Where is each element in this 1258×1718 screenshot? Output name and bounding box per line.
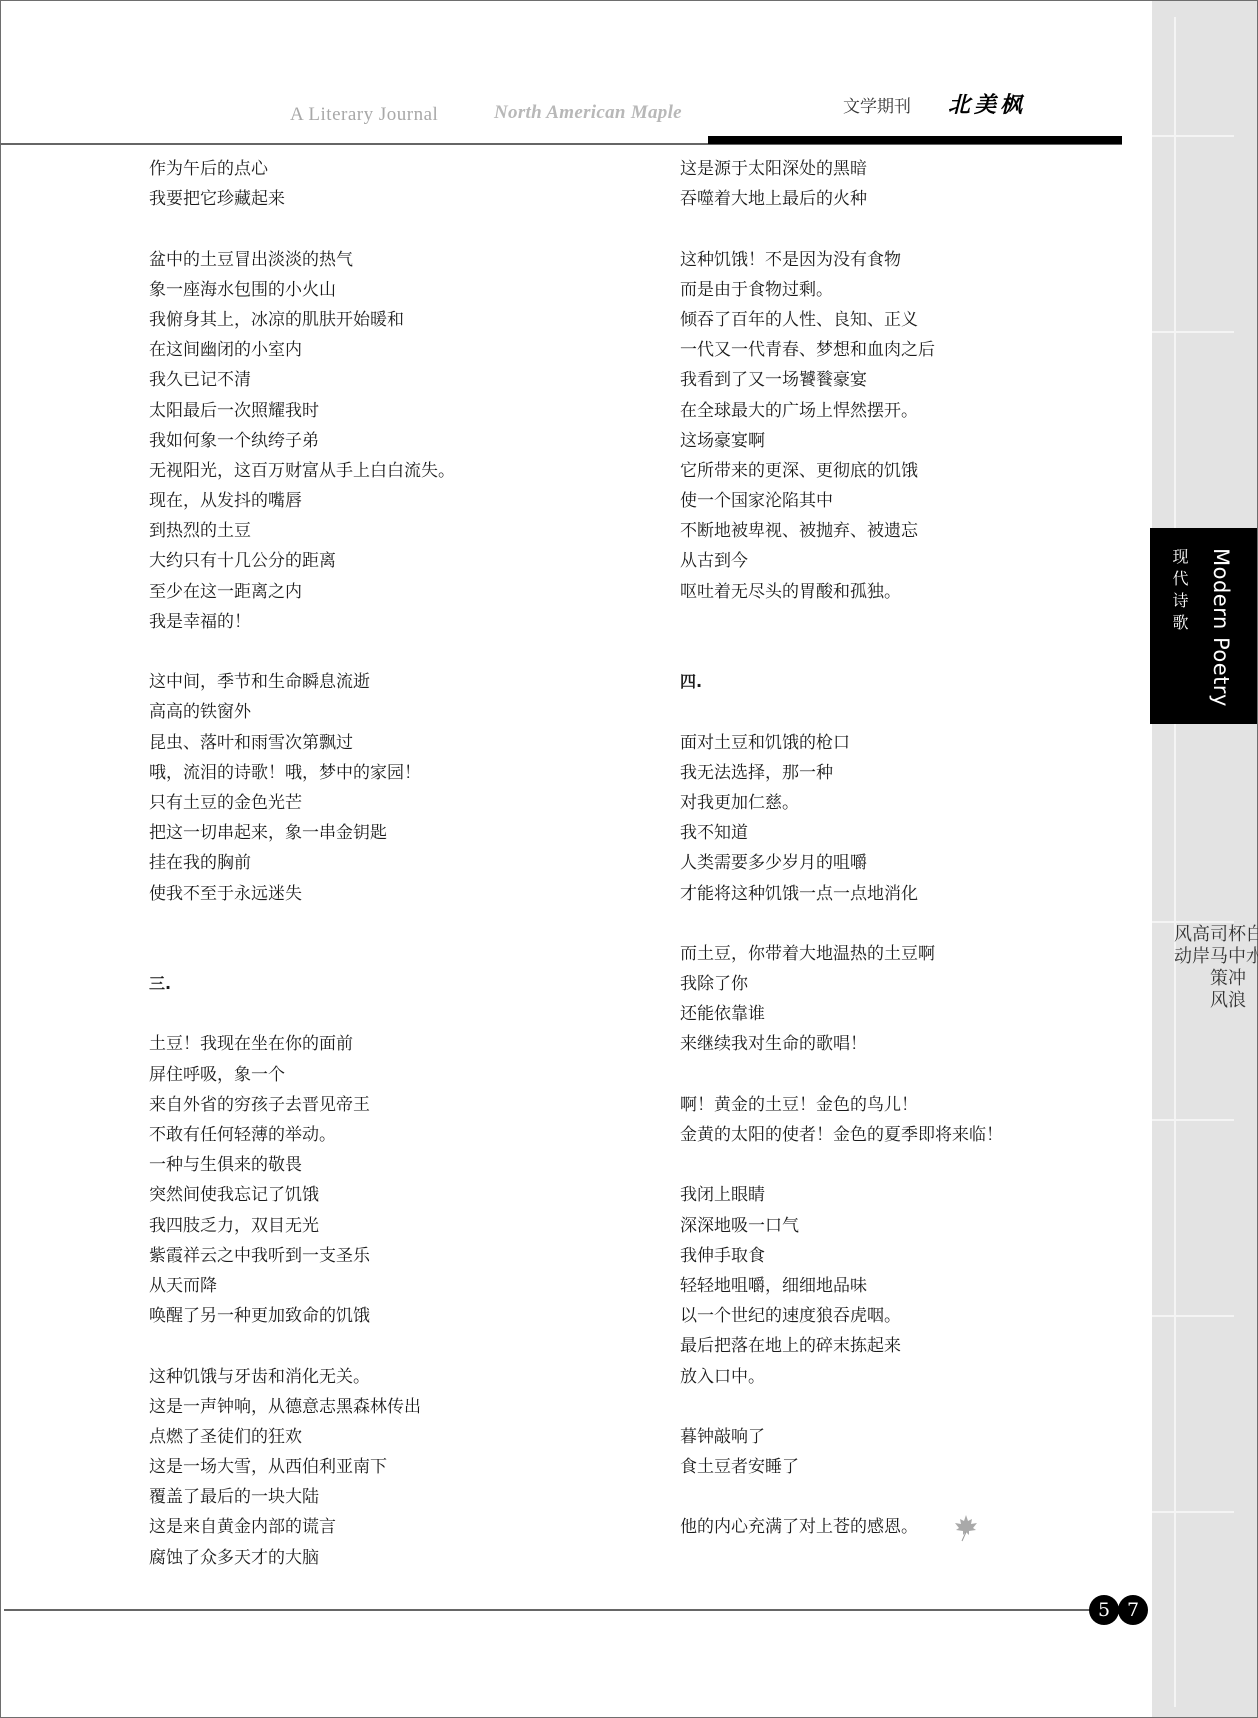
poem-line: 面对土豆和饥饿的枪口	[680, 728, 1150, 758]
editor-name: 白水	[1244, 924, 1258, 1034]
poem-line-text: 不敢有任何轻薄的举动。	[149, 1125, 336, 1145]
poem-line: 我要把它珍藏起来	[149, 184, 619, 214]
poem-line-text: 哦，流泪的诗歌！哦，梦中的家园！	[149, 763, 421, 783]
poem-line: 大约只有十几公分的距离	[149, 546, 619, 576]
poem-line-text: 唤醒了另一种更加致命的饥饿	[149, 1306, 370, 1326]
poem-line-text: 突然间使我忘记了饥饿	[149, 1185, 319, 1205]
poem-line: 放入口中。	[680, 1362, 1150, 1392]
poem-line-text: 挂在我的胸前	[149, 853, 251, 873]
poem-line-text: 放入口中。	[680, 1367, 765, 1387]
sidebar-decor-line	[1152, 331, 1234, 333]
poem-line-text: 我无法选择，那一种	[680, 763, 833, 783]
sidebar-decor-line	[1152, 1315, 1234, 1317]
poem-line: 人类需要多少岁月的咀嚼	[680, 848, 1150, 878]
poem-line-text: 高高的铁窗外	[149, 702, 251, 722]
journal-chinese-label: 文学期刊	[843, 92, 911, 117]
poem-line-text: 这是一声钟响，从德意志黑森林传出	[149, 1397, 421, 1417]
poem-line: 现在，从发抖的嘴唇	[149, 486, 619, 516]
poem-line: 屏住呼吸，象一个	[149, 1060, 619, 1090]
poem-line: 我久已记不清	[149, 365, 619, 395]
poem-line: 挂在我的胸前	[149, 848, 619, 878]
poem-line: 我俯身其上，冰凉的肌肤开始暖和	[149, 305, 619, 335]
sidebar-decor-line	[1152, 921, 1234, 923]
stanza-break	[680, 909, 1150, 939]
poem-line-text: 我看到了又一场饕餮豪宴	[680, 370, 867, 390]
poem-line: 这种饥饿！不是因为没有食物	[680, 245, 1150, 275]
poem-line-text: 啊！黄金的土豆！金色的鸟儿！	[680, 1095, 918, 1115]
poem-line-text: 不断地被卑视、被抛弃、被遗忘	[680, 521, 918, 541]
poem-line: 这中间，季节和生命瞬息流逝	[149, 667, 619, 697]
editor-name: 风动	[1172, 924, 1190, 1034]
stanza-break	[149, 214, 619, 244]
poem-line-text: 太阳最后一次照耀我时	[149, 401, 319, 421]
poem-line: 至少在这一距离之内	[149, 577, 619, 607]
section-heading: 四.	[680, 667, 1150, 697]
stanza-break	[149, 1331, 619, 1361]
poem-line-text: 象一座海水包围的小火山	[149, 280, 336, 300]
poem-line: 这是一声钟响，从德意志黑森林传出	[149, 1392, 619, 1422]
poem-line: 还能依靠谁	[680, 999, 1150, 1029]
poem-line: 哦，流泪的诗歌！哦，梦中的家园！	[149, 758, 619, 788]
stanza-break	[680, 1150, 1150, 1180]
section-tab-english: Modern Poetry	[1209, 548, 1233, 707]
poem-line: 无视阳光，这百万财富从手上白白流失。	[149, 456, 619, 486]
poem-line: 使我不至于永远迷失	[149, 879, 619, 909]
stanza-break	[680, 1060, 1150, 1090]
poem-line: 唤醒了另一种更加致命的饥饿	[149, 1301, 619, 1331]
header-accent-bar	[708, 136, 1122, 144]
maple-leaf-icon	[951, 1513, 981, 1543]
poem-line: 土豆！我现在坐在你的面前	[149, 1029, 619, 1059]
stanza-break	[680, 1482, 1150, 1512]
poem-line: 覆盖了最后的一块大陆	[149, 1482, 619, 1512]
poem-line-text: 我闭上眼睛	[680, 1185, 765, 1205]
poem-line: 才能将这种饥饿一点一点地消化	[680, 879, 1150, 909]
poem-line-text: 四.	[680, 672, 702, 691]
poem-line-text: 呕吐着无尽头的胃酸和孤独。	[680, 582, 901, 602]
poem-line-text: 来自外省的穷孩子去晋见帝王	[149, 1095, 370, 1115]
poem-line: 来自外省的穷孩子去晋见帝王	[149, 1090, 619, 1120]
stanza-break	[149, 637, 619, 667]
poem-line-text: 它所带来的更深、更彻底的饥饿	[680, 461, 918, 481]
poem-line: 而土豆，你带着大地温热的土豆啊	[680, 939, 1150, 969]
poem-line-text: 我伸手取食	[680, 1246, 765, 1266]
sidebar-decor-line	[1174, 17, 1176, 1707]
poem-line-text: 我是幸福的！	[149, 612, 251, 632]
poem-line: 点燃了圣徒们的狂欢	[149, 1422, 619, 1452]
poem-line-text: 大约只有十几公分的距离	[149, 551, 336, 571]
poem-line-text: 而土豆，你带着大地温热的土豆啊	[680, 944, 935, 964]
poem-line: 吞噬着大地上最后的火种	[680, 184, 1150, 214]
poem-line-text: 这场豪宴啊	[680, 431, 765, 451]
poem-line-text: 以一个世纪的速度狼吞虎咽。	[680, 1306, 901, 1326]
poem-line-text: 在全球最大的广场上悍然摆开。	[680, 401, 918, 421]
poem-line: 啊！黄金的土豆！金色的鸟儿！	[680, 1090, 1150, 1120]
poem-line-text: 土豆！我现在坐在你的面前	[149, 1034, 353, 1054]
poem-line: 作为午后的点心	[149, 154, 619, 184]
editor-name: 杯中冲浪	[1226, 924, 1244, 1034]
poem-line-text: 这种饥饿！不是因为没有食物	[680, 250, 901, 270]
sidebar-decor-line	[1152, 1119, 1234, 1121]
poem-line-text: 面对土豆和饥饿的枪口	[680, 733, 850, 753]
poem-line-text: 我久已记不清	[149, 370, 251, 390]
stanza-break	[149, 939, 619, 969]
poem-line: 轻轻地咀嚼，细细地品味	[680, 1271, 1150, 1301]
section-heading: 三.	[149, 969, 619, 999]
poem-line-text: 覆盖了最后的一块大陆	[149, 1487, 319, 1507]
poem-line-text: 他的内心充满了对上苍的感恩。	[680, 1517, 918, 1537]
poem-line: 我无法选择，那一种	[680, 758, 1150, 788]
page-number-digit: 5	[1089, 1595, 1119, 1625]
poem-line-text: 这种饥饿与牙齿和消化无关。	[149, 1367, 370, 1387]
poem-line: 紫霞祥云之中我听到一支圣乐	[149, 1241, 619, 1271]
poem-line: 从古到今	[680, 546, 1150, 576]
stanza-break	[680, 697, 1150, 727]
poem-line: 暮钟敲响了	[680, 1422, 1150, 1452]
sidebar	[1152, 1, 1257, 1717]
stanza-break	[680, 1392, 1150, 1422]
poem-line-text: 这是源于太阳深处的黑暗	[680, 159, 867, 179]
poem-line: 到热烈的土豆	[149, 516, 619, 546]
poem-line-text: 现在，从发抖的嘴唇	[149, 491, 302, 511]
poem-line-text: 无视阳光，这百万财富从手上白白流失。	[149, 461, 455, 481]
poem-line: 我不知道	[680, 818, 1150, 848]
poem-line-text: 才能将这种饥饿一点一点地消化	[680, 884, 918, 904]
poem-line: 以一个世纪的速度狼吞虎咽。	[680, 1301, 1150, 1331]
poem-line: 它所带来的更深、更彻底的饥饿	[680, 456, 1150, 486]
poem-line: 这是源于太阳深处的黑暗	[680, 154, 1150, 184]
stanza-break	[149, 999, 619, 1029]
poem-line-text: 至少在这一距离之内	[149, 582, 302, 602]
poem-line-text: 最后把落在地上的碎末拣起来	[680, 1336, 901, 1356]
poem-line: 腐蚀了众多天才的大脑	[149, 1543, 619, 1573]
stanza-break	[149, 909, 619, 939]
section-tab-chinese: 现代诗歌	[1168, 548, 1191, 636]
poem-line: 呕吐着无尽头的胃酸和孤独。	[680, 577, 1150, 607]
poem-line: 这是一场大雪，从西伯利亚南下	[149, 1452, 619, 1482]
poem-line: 倾吞了百年的人性、良知、正义	[680, 305, 1150, 335]
poem-line: 我闭上眼睛	[680, 1180, 1150, 1210]
poem-line: 只有土豆的金色光芒	[149, 788, 619, 818]
poem-line-text: 我如何象一个纨绔子弟	[149, 431, 319, 451]
poem-line-text: 人类需要多少岁月的咀嚼	[680, 853, 867, 873]
poem-line-text: 我四肢乏力，双目无光	[149, 1216, 319, 1236]
journal-chinese-brand: 北美枫	[948, 88, 1026, 119]
poem-line: 在这间幽闭的小室内	[149, 335, 619, 365]
poem-line: 我是幸福的！	[149, 607, 619, 637]
poem-line: 深深地吸一口气	[680, 1211, 1150, 1241]
poem-line: 把这一切串起来，象一串金钥匙	[149, 818, 619, 848]
section-tab	[1150, 528, 1257, 724]
poem-line-text: 昆虫、落叶和雨雪次第飘过	[149, 733, 353, 753]
poem-line-text: 从古到今	[680, 551, 748, 571]
poem-line-text: 这是一场大雪，从西伯利亚南下	[149, 1457, 387, 1477]
poem-line-text: 我除了你	[680, 974, 748, 994]
poem-line-text: 盆中的土豆冒出淡淡的热气	[149, 250, 353, 270]
footer-rule	[4, 1609, 1096, 1611]
poem-line-text: 紫霞祥云之中我听到一支圣乐	[149, 1246, 370, 1266]
poem-line: 来继续我对生命的歌唱！	[680, 1029, 1150, 1059]
poem-line-text: 来继续我对生命的歌唱！	[680, 1034, 867, 1054]
page-number-digit: 7	[1118, 1595, 1148, 1625]
editor-name: 高岸	[1190, 924, 1208, 1034]
poem-line: 这种饥饿与牙齿和消化无关。	[149, 1362, 619, 1392]
editor-name: 司马策风	[1208, 924, 1226, 1034]
poem-line-text: 使我不至于永远迷失	[149, 884, 302, 904]
poem-line: 不敢有任何轻薄的举动。	[149, 1120, 619, 1150]
poem-line-text: 这中间，季节和生命瞬息流逝	[149, 672, 370, 692]
poem-line-text: 我俯身其上，冰凉的肌肤开始暖和	[149, 310, 404, 330]
poem-line: 使一个国家沦陷其中	[680, 486, 1150, 516]
stanza-break	[680, 214, 1150, 244]
poem-line: 从天而降	[149, 1271, 619, 1301]
stanza-break	[680, 637, 1150, 667]
poem-line-text: 腐蚀了众多天才的大脑	[149, 1548, 319, 1568]
journal-english-brand: North American Maple	[494, 102, 682, 124]
poem-line-text: 我不知道	[680, 823, 748, 843]
poem-line-text: 到热烈的土豆	[149, 521, 251, 541]
poem-line: 在全球最大的广场上悍然摆开。	[680, 396, 1150, 426]
poem-line-text: 轻轻地咀嚼，细细地品味	[680, 1276, 867, 1296]
poem-line-text: 一种与生俱来的敬畏	[149, 1155, 302, 1175]
poem-line-text: 吞噬着大地上最后的火种	[680, 189, 867, 209]
poem-line-text: 这是来自黄金内部的谎言	[149, 1517, 336, 1537]
poem-column-left: 作为午后的点心我要把它珍藏起来盆中的土豆冒出淡淡的热气象一座海水包围的小火山我俯…	[149, 154, 619, 1573]
poem-line: 昆虫、落叶和雨雪次第飘过	[149, 728, 619, 758]
poem-line: 对我更加仁慈。	[680, 788, 1150, 818]
poem-line-text: 我要把它珍藏起来	[149, 189, 285, 209]
poem-line: 我伸手取食	[680, 1241, 1150, 1271]
poem-line-text: 屏住呼吸，象一个	[149, 1065, 285, 1085]
poem-line: 最后把落在地上的碎末拣起来	[680, 1331, 1150, 1361]
poem-line-text: 只有土豆的金色光芒	[149, 793, 302, 813]
poem-line: 一种与生俱来的敬畏	[149, 1150, 619, 1180]
poem-line-text: 一代又一代青春、梦想和血肉之后	[680, 340, 935, 360]
sidebar-decor-line	[1152, 1511, 1234, 1513]
poem-line: 我如何象一个纨绔子弟	[149, 426, 619, 456]
poem-line: 这场豪宴啊	[680, 426, 1150, 456]
stanza-break	[680, 607, 1150, 637]
poem-line: 他的内心充满了对上苍的感恩。	[680, 1512, 1150, 1542]
poem-line: 金黄的太阳的使者！金色的夏季即将来临！	[680, 1120, 1150, 1150]
poem-line-text: 使一个国家沦陷其中	[680, 491, 833, 511]
poem-line-text: 金黄的太阳的使者！金色的夏季即将来临！	[680, 1125, 1003, 1145]
poem-line-text: 点燃了圣徒们的狂欢	[149, 1427, 302, 1447]
poem-line-text: 作为午后的点心	[149, 159, 268, 179]
poem-column-right: 这是源于太阳深处的黑暗吞噬着大地上最后的火种这种饥饿！不是因为没有食物而是由于食…	[680, 154, 1150, 1543]
poem-line-text: 暮钟敲响了	[680, 1427, 765, 1447]
poem-line-text: 在这间幽闭的小室内	[149, 340, 302, 360]
sidebar-decor-line	[1152, 135, 1234, 137]
poem-line: 我除了你	[680, 969, 1150, 999]
poem-line: 这是来自黄金内部的谎言	[149, 1512, 619, 1542]
poem-line: 而是由于食物过剩。	[680, 275, 1150, 305]
poem-line-text: 三.	[149, 974, 171, 993]
poem-line-text: 把这一切串起来，象一串金钥匙	[149, 823, 387, 843]
poem-line-text: 还能依靠谁	[680, 1004, 765, 1024]
poem-line-text: 从天而降	[149, 1276, 217, 1296]
poem-line: 不断地被卑视、被抛弃、被遗忘	[680, 516, 1150, 546]
poem-line-text: 倾吞了百年的人性、良知、正义	[680, 310, 918, 330]
poem-line-text: 食土豆者安睡了	[680, 1457, 799, 1477]
poem-line: 食土豆者安睡了	[680, 1452, 1150, 1482]
poem-line: 突然间使我忘记了饥饿	[149, 1180, 619, 1210]
poem-line: 我看到了又一场饕餮豪宴	[680, 365, 1150, 395]
poem-line: 我四肢乏力，双目无光	[149, 1211, 619, 1241]
poem-line: 太阳最后一次照耀我时	[149, 396, 619, 426]
journal-english-title: A Literary Journal	[290, 104, 438, 126]
poem-line: 高高的铁窗外	[149, 697, 619, 727]
poem-line-text: 深深地吸一口气	[680, 1216, 799, 1236]
poem-line-text: 对我更加仁慈。	[680, 793, 799, 813]
editors-credit: 责任编辑： 白水 杯中冲浪 司马策风 高岸 风动	[1172, 924, 1258, 1048]
poem-line: 一代又一代青春、梦想和血肉之后	[680, 335, 1150, 365]
poem-line: 象一座海水包围的小火山	[149, 275, 619, 305]
poem-line: 盆中的土豆冒出淡淡的热气	[149, 245, 619, 275]
poem-line-text: 而是由于食物过剩。	[680, 280, 833, 300]
